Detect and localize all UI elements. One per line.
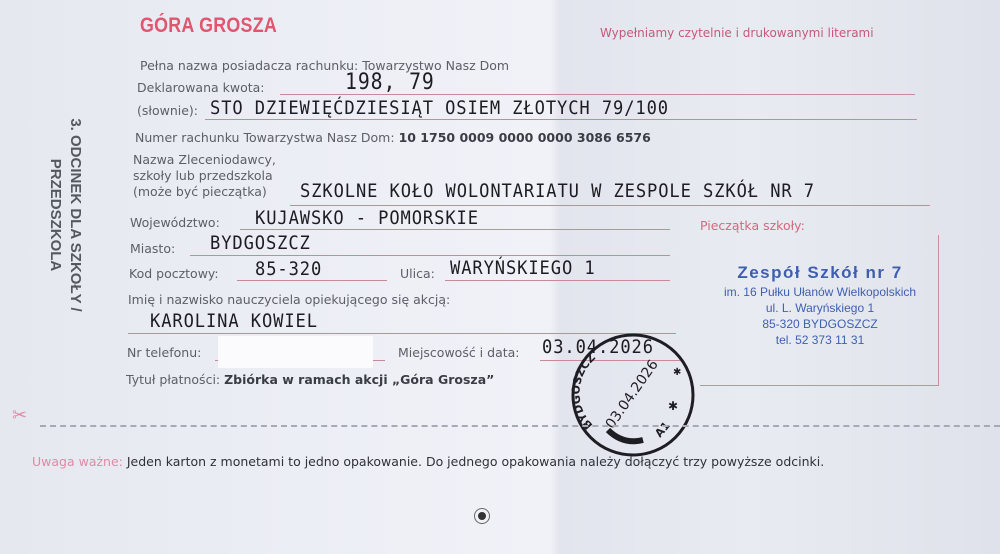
school-name: Zespół Szkół nr 7 (705, 262, 935, 284)
postal-code-value[interactable]: 85-320 (255, 258, 322, 280)
postal-code-label: Kod pocztowy: (129, 266, 219, 281)
payment-title-value: Zbiórka w ramach akcji „Góra Grosza” (224, 372, 494, 387)
voivodeship-value[interactable]: KUJAWSKO - POMORSKIE (255, 207, 479, 229)
amount-words-label: (słownie): (137, 103, 198, 118)
side-label: 3. ODCINEK DLA SZKOŁY / PRZEDSZKOLA (20, 85, 110, 345)
city-value[interactable]: BYDGOSZCZ (210, 232, 311, 254)
school-street: ul. L. Waryńskiego 1 (705, 300, 935, 316)
school-patron: im. 16 Pułku Ułanów Wielkopolskich (705, 284, 935, 300)
school-stamp-label: Pieczątka szkoły: (700, 218, 805, 233)
place-date-label: Miejscowość i data: (398, 345, 520, 360)
postmark-stamp: BYDGOSZCZ 03.04.2026 A1 ✱ ✱ (568, 330, 698, 460)
payer-label-line1: Nazwa Zleceniodawcy, (133, 152, 276, 168)
svg-text:A1: A1 (652, 419, 672, 440)
account-number-label: Numer rachunku Towarzystwa Nasz Dom: (135, 130, 395, 145)
voivodeship-line (240, 229, 670, 230)
amount-words-line (205, 119, 917, 120)
phone-label: Nr telefonu: (127, 345, 201, 360)
payment-title-label: Tytuł płatności: (126, 372, 220, 387)
footer-warning: Uwaga ważne: Jeden karton z monetami to … (32, 454, 824, 469)
payment-title-row: Tytuł płatności: Zbiórka w ramach akcji … (126, 372, 494, 387)
payer-line (290, 205, 930, 206)
payer-label-line3: (może być pieczątka) (133, 184, 276, 200)
teacher-value[interactable]: KAROLINA KOWIEL (150, 310, 318, 332)
voivodeship-label: Województwo: (130, 215, 220, 230)
svg-text:03.04.2026: 03.04.2026 (603, 357, 662, 432)
account-number-row: Numer rachunku Towarzystwa Nasz Dom: 10 … (135, 130, 651, 145)
warning-label: Uwaga ważne: (32, 454, 123, 469)
street-value[interactable]: WARYŃSKIEGO 1 (450, 257, 596, 279)
registration-mark-icon (474, 508, 490, 524)
brand-title: GÓRA GROSZA (140, 14, 277, 38)
city-label: Miasto: (130, 241, 175, 256)
amount-words-value[interactable]: STO DZIEWIĘĆDZIESIĄT OSIEM ZŁOTYCH 79/10… (210, 97, 669, 119)
fill-instruction: Wypełniamy czytelnie i drukowanymi liter… (600, 26, 874, 40)
school-stamp: Zespół Szkół nr 7 im. 16 Pułku Ułanów Wi… (705, 262, 935, 348)
teacher-label: Imię i nazwisko nauczyciela opiekującego… (128, 292, 450, 307)
svg-text:✱: ✱ (673, 367, 681, 378)
payer-value[interactable]: SZKOLNE KOŁO WOLONTARIATU W ZESPOLE SZKÓ… (300, 180, 815, 202)
school-phone: tel. 52 373 11 31 (705, 332, 935, 348)
account-holder-label: Pełna nazwa posiadacza rachunku: (140, 58, 358, 73)
side-label-line1: 3. ODCINEK DLA SZKOŁY / (65, 118, 85, 311)
side-label-line2: PRZEDSZKOLA (45, 118, 65, 311)
svg-text:✱: ✱ (668, 399, 678, 413)
street-label: Ulica: (400, 266, 435, 281)
account-number-value: 10 1750 0009 0000 0000 3086 6576 (399, 130, 651, 145)
warning-text: Jeden karton z monetami to jedno opakowa… (127, 454, 824, 469)
payer-label: Nazwa Zleceniodawcy, szkoły lub przedszk… (133, 152, 276, 200)
city-line (190, 255, 670, 256)
scissors-icon: ✂ (12, 405, 27, 426)
account-holder-row: Pełna nazwa posiadacza rachunku: Towarzy… (140, 58, 509, 73)
cut-line (40, 425, 1000, 427)
street-line (445, 280, 670, 281)
amount-label: Deklarowana kwota: (137, 80, 265, 95)
postal-code-line (237, 280, 387, 281)
school-city: 85-320 BYDGOSZCZ (705, 316, 935, 332)
svg-text:BYDGOSZCZ: BYDGOSZCZ (569, 351, 598, 432)
payer-label-line2: szkoły lub przedszkola (133, 168, 276, 184)
phone-redacted (218, 336, 373, 368)
amount-value[interactable]: 198, 79 (345, 70, 435, 95)
